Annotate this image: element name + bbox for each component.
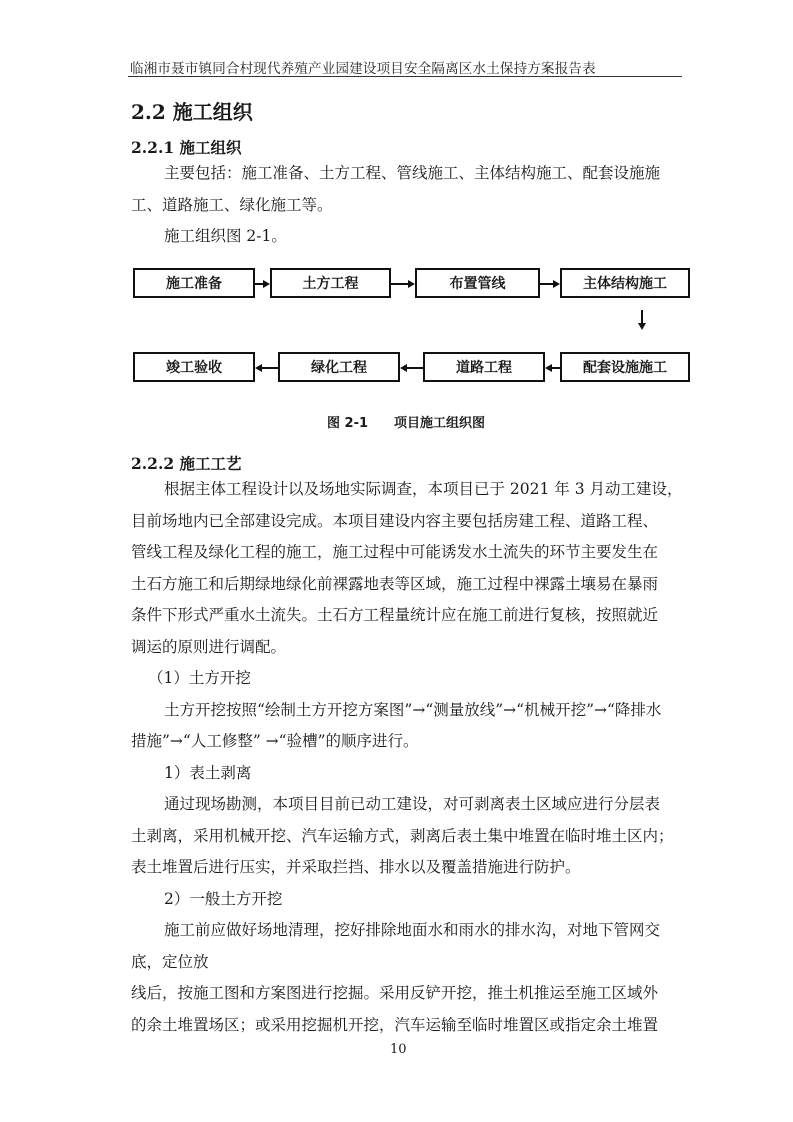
text-line: 主要包括：施工准备、土方工程、管线施工、主体结构施工、配套设施施 [131, 158, 684, 190]
text-line: 调运的原则进行调配。 [131, 632, 684, 664]
subsection-heading-2-2-1: 2.2.1 施工组织 [131, 136, 242, 158]
paragraph-process: 根据主体工程设计以及场地实际调查，本项目已于 2021 年 3 月动工建设， 目… [131, 474, 684, 1041]
flow-box-acceptance: 竣工验收 [133, 352, 255, 382]
text-line: 底，定位放 [131, 947, 684, 979]
section-heading: 2.2 施工组织 [131, 96, 253, 125]
flow-box-greening: 绿化工程 [278, 352, 400, 382]
figure-number: 图 2-1 [327, 412, 368, 431]
item-heading-general-excavation: 2）一般土方开挖 [131, 884, 684, 916]
text-line: 条件下形式严重水土流失。土石方工程量统计应在施工前进行复核，按照就近 [131, 600, 684, 632]
connector-line [540, 283, 553, 285]
item-heading-earth-excavation: （1）土方开挖 [131, 663, 684, 695]
flow-box-preparation: 施工准备 [133, 268, 255, 298]
arrow-down-icon [638, 323, 646, 330]
text-line: 表土堆置后进行压实，并采取拦挡、排水以及覆盖措施进行防护。 [131, 852, 684, 884]
header-rule [128, 76, 682, 77]
flow-box-main-structure: 主体结构施工 [560, 268, 690, 298]
text-line: 线后，按施工图和方案图进行挖掘。采用反铲开挖，推土机推运至施工区域外 [131, 978, 684, 1010]
item-heading-topsoil-stripping: 1）表土剥离 [131, 758, 684, 790]
connector-line [255, 283, 263, 285]
subsection-heading-2-2-2: 2.2.2 施工工艺 [131, 452, 242, 474]
text-line: 工、道路施工、绿化施工等。 [131, 190, 684, 222]
connector-line [262, 367, 278, 369]
text-line: 的余土堆置场区；或采用挖掘机开挖，汽车运输至临时堆置区或指定余土堆置 [131, 1010, 684, 1042]
connector-line [407, 367, 423, 369]
text-line: 通过现场勘测，本项目目前已动工建设，对可剥离表土区域应进行分层表 [131, 789, 684, 821]
flow-box-roads: 道路工程 [423, 352, 545, 382]
text-line: 施工组织图 2-1。 [131, 221, 684, 253]
page-number: 10 [390, 1042, 407, 1057]
connector-line [391, 283, 408, 285]
connector-line [641, 310, 643, 324]
text-line: 土剥离，采用机械开挖、汽车运输方式，剥离后表土集中堆置在临时堆土区内； [131, 821, 684, 853]
paragraph-scope: 主要包括：施工准备、土方工程、管线施工、主体结构施工、配套设施施 工、道路施工、… [131, 158, 684, 253]
connector-line [552, 367, 560, 369]
arrow-left-icon [400, 364, 407, 372]
text-line: 管线工程及绿化工程的施工，施工过程中可能诱发水土流失的环节主要发生在 [131, 537, 684, 569]
text-line: 目前场地内已全部建设完成。本项目建设内容主要包括房建工程、道路工程、 [131, 506, 684, 538]
flow-box-earthwork: 土方工程 [270, 268, 391, 298]
arrow-right-icon [408, 280, 415, 288]
text-line: 施工前应做好场地清理，挖好排除地面水和雨水的排水沟，对地下管网交 [131, 915, 684, 947]
text-line: 土方开挖按照“绘制土方开挖方案图”→“测量放线”→“机械开挖”→“降排水 [131, 695, 684, 727]
arrow-left-icon [255, 364, 262, 372]
text-line: 土石方施工和后期绿地绿化前裸露地表等区域，施工过程中裸露土壤易在暴雨 [131, 569, 684, 601]
figure-caption: 项目施工组织图 [394, 412, 485, 431]
arrow-left-icon [545, 364, 552, 372]
flow-box-facilities: 配套设施施工 [560, 352, 690, 382]
text-line: 根据主体工程设计以及场地实际调查，本项目已于 2021 年 3 月动工建设， [131, 474, 684, 506]
running-header: 临湘市聂市镇同合村现代养殖产业园建设项目安全隔离区水土保持方案报告表 [130, 57, 596, 77]
flow-box-pipelines: 布置管线 [415, 268, 540, 298]
arrow-right-icon [553, 280, 560, 288]
text-line: 措施”→“人工修整” →“验槽”的顺序进行。 [131, 726, 684, 758]
arrow-right-icon [263, 280, 270, 288]
